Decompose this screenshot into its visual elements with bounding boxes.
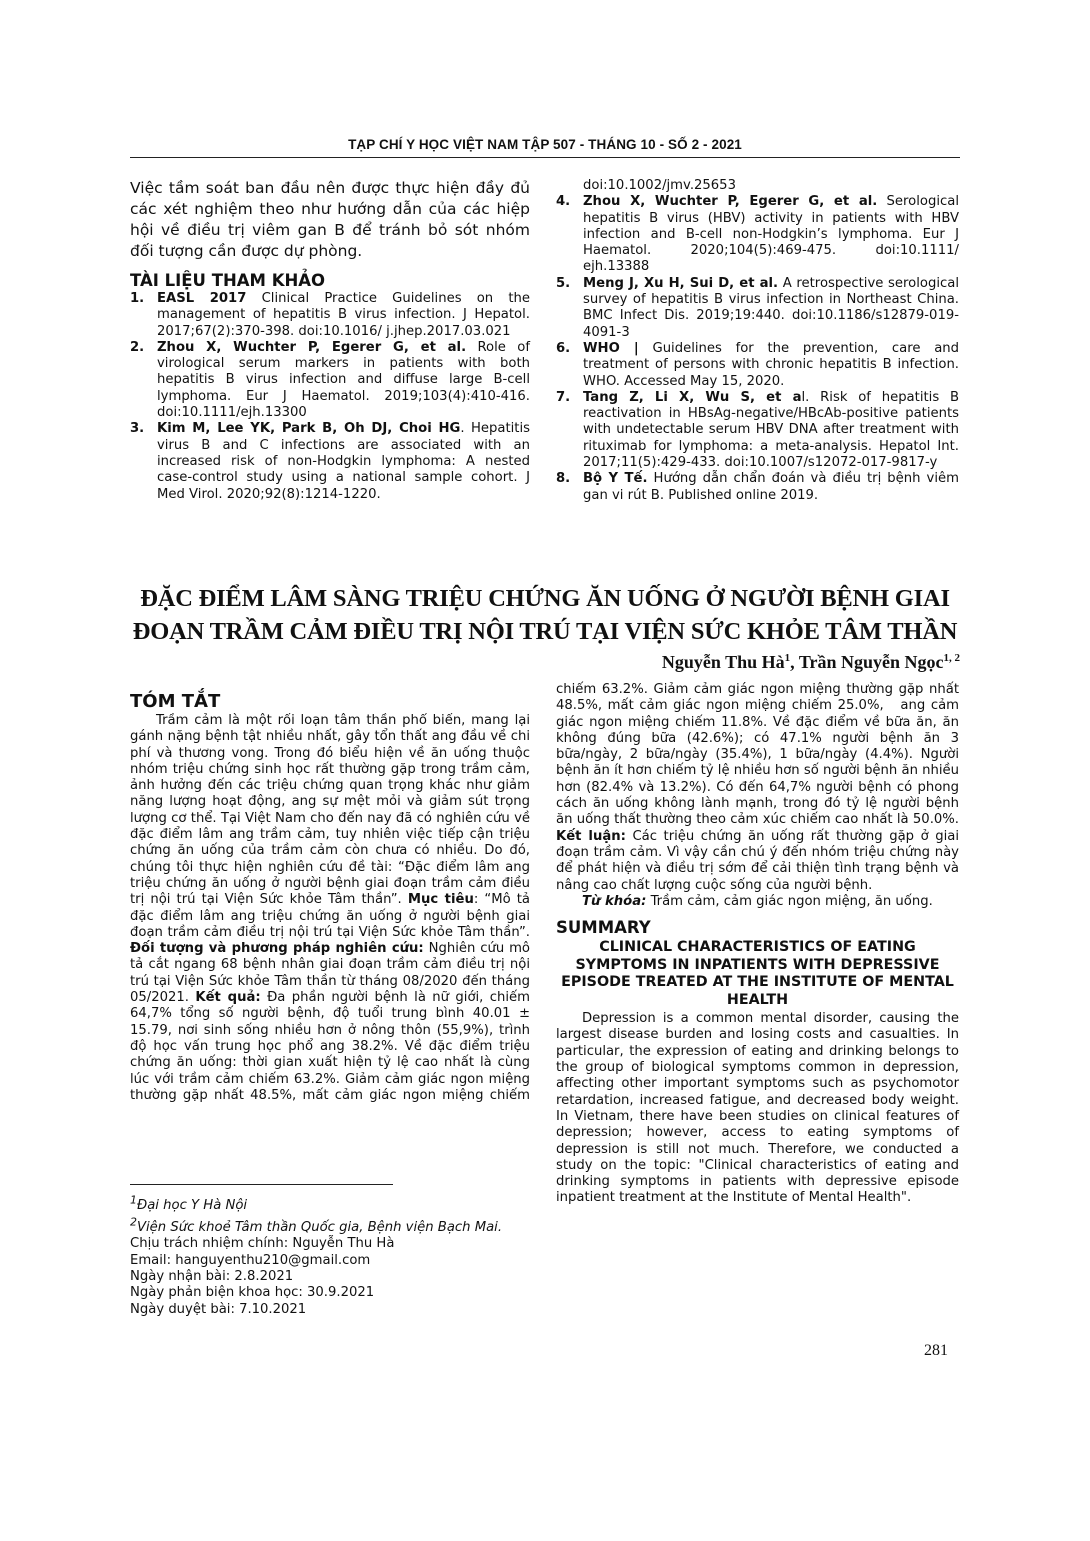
summary-body: Depression is a common mental disorder, … bbox=[556, 1011, 959, 1207]
keywords-label: Từ khóa: bbox=[582, 894, 646, 909]
abstract-body: Trầm cảm là một rối loạn tâm thần phổ bi… bbox=[130, 713, 530, 1103]
conclusion-label: Kết luận: bbox=[556, 829, 626, 844]
reference-item: 7.Tang Z, Li X, Wu S, et al. Risk of hep… bbox=[556, 390, 959, 471]
reference-authors: WHO | bbox=[583, 341, 639, 356]
reference-item: 5.Meng J, Xu H, Sui D, et al. A retrospe… bbox=[556, 276, 959, 341]
affiliation-1: Đại học Y Hà Nội bbox=[137, 1198, 247, 1213]
author-list: Nguyễn Thu Hà1, Trần Nguyễn Ngọc1, 2 bbox=[662, 652, 960, 673]
affiliation-2: Viện Sức khoẻ Tâm thần Quốc gia, Bệnh vi… bbox=[137, 1220, 502, 1235]
footnote-divider bbox=[130, 1184, 393, 1185]
page-number: 281 bbox=[924, 1342, 948, 1360]
objective-label: Mục tiêu bbox=[408, 892, 474, 907]
author-name: Trần Nguyễn Ngọc bbox=[799, 652, 944, 672]
abstract-right-column: chiếm 63.2%. Giảm cảm giác ngon miệng th… bbox=[556, 682, 959, 1207]
reference-item: 3.Kim M, Lee YK, Park B, Oh DJ, Choi HG.… bbox=[130, 421, 530, 502]
previous-article-left-column: Việc tầm soát ban đầu nên được thực hiện… bbox=[130, 178, 530, 503]
keywords: Từ khóa: Trầm cảm, cảm giác ngon miệng, … bbox=[556, 894, 959, 910]
summary-title: CLINICAL CHARACTERISTICS OF EATING SYMPT… bbox=[556, 939, 959, 1009]
journal-page: TẠP CHÍ Y HỌC VIỆT NAM TẬP 507 - THÁNG 1… bbox=[0, 0, 1090, 1541]
results-continued: chiếm 63.2%. Giảm cảm giác ngon miệng th… bbox=[556, 682, 959, 827]
running-head: TẠP CHÍ Y HỌC VIỆT NAM TẬP 507 - THÁNG 1… bbox=[130, 137, 960, 158]
results-label: Kết quả: bbox=[195, 990, 260, 1005]
author-name: Nguyễn Thu Hà bbox=[662, 652, 785, 672]
reference-authors: Zhou X, Wuchter P, Egerer G, et al. bbox=[583, 194, 877, 209]
abstract-continued: chiếm 63.2%. Giảm cảm giác ngon miệng th… bbox=[556, 682, 959, 894]
reference-item: 6.WHO | Guidelines for the prevention, c… bbox=[556, 341, 959, 390]
date-reviewed: Ngày phản biện khoa học: 30.9.2021 bbox=[130, 1285, 530, 1301]
references-list-continued: doi:10.1002/jmv.25653 4.Zhou X, Wuchter … bbox=[556, 178, 959, 504]
article-title-line-1: ĐẶC ĐIỂM LÂM SÀNG TRIỆU CHỨNG ĂN UỐNG Ở … bbox=[130, 582, 960, 615]
date-accepted: Ngày duyệt bài: 7.10.2021 bbox=[130, 1302, 530, 1318]
abstract-left-column: TÓM TẮT Trầm cảm là một rối loạn tâm thầ… bbox=[130, 692, 530, 1103]
reference-item: 2.Zhou X, Wuchter P, Egerer G, et al. Ro… bbox=[130, 340, 530, 421]
reference-text: Guidelines for the prevention, care and … bbox=[583, 341, 959, 389]
reference-authors: Kim M, Lee YK, Park B, Oh DJ, Choi HG bbox=[157, 421, 460, 436]
reference-item: 1.EASL 2017 Clinical Practice Guidelines… bbox=[130, 291, 530, 340]
reference-authors: EASL 2017 bbox=[157, 291, 246, 306]
article-title: ĐẶC ĐIỂM LÂM SÀNG TRIỆU CHỨNG ĂN UỐNG Ở … bbox=[130, 582, 960, 648]
references-list: 1.EASL 2017 Clinical Practice Guidelines… bbox=[130, 291, 530, 503]
reference-authors: Zhou X, Wuchter P, Egerer G, et al. bbox=[157, 340, 466, 355]
closing-paragraph: Việc tầm soát ban đầu nên được thực hiện… bbox=[130, 178, 530, 262]
date-received: Ngày nhận bài: 2.8.2021 bbox=[130, 1269, 530, 1285]
email: Email: hanguyenthu210@gmail.com bbox=[130, 1253, 530, 1269]
reference-item: 8.Bộ Y Tế. Hướng dẫn chẩn đoán và điều t… bbox=[556, 471, 959, 504]
previous-article-right-column: doi:10.1002/jmv.25653 4.Zhou X, Wuchter … bbox=[556, 178, 959, 504]
reference-authors: Tang Z, Li X, Wu S, et a bbox=[583, 390, 802, 405]
reference-item-continued: doi:10.1002/jmv.25653 bbox=[556, 178, 959, 194]
reference-authors: Bộ Y Tế. bbox=[583, 471, 648, 486]
author-affiliation-mark: 1, 2 bbox=[944, 652, 961, 664]
article-title-line-2: ĐOẠN TRẦM CẢM ĐIỀU TRỊ NỘI TRÚ TẠI VIỆN … bbox=[130, 615, 960, 648]
references-heading: TÀI LIỆU THAM KHẢO bbox=[130, 271, 530, 291]
reference-item: 4.Zhou X, Wuchter P, Egerer G, et al. Se… bbox=[556, 194, 959, 275]
summary-heading: SUMMARY bbox=[556, 918, 959, 938]
reference-authors: Meng J, Xu H, Sui D, et al. bbox=[583, 276, 778, 291]
reference-text: doi:10.1002/jmv.25653 bbox=[583, 178, 736, 193]
corresponding-author: Chịu trách nhiệm chính: Nguyễn Thu Hà bbox=[130, 1236, 530, 1252]
methods-label: Đối tượng và phương pháp nghiên cứu: bbox=[130, 941, 424, 956]
footnotes: 1Đại học Y Hà Nội 2Viện Sức khoẻ Tâm thầ… bbox=[130, 1184, 530, 1318]
abstract-heading: TÓM TẮT bbox=[130, 692, 530, 712]
